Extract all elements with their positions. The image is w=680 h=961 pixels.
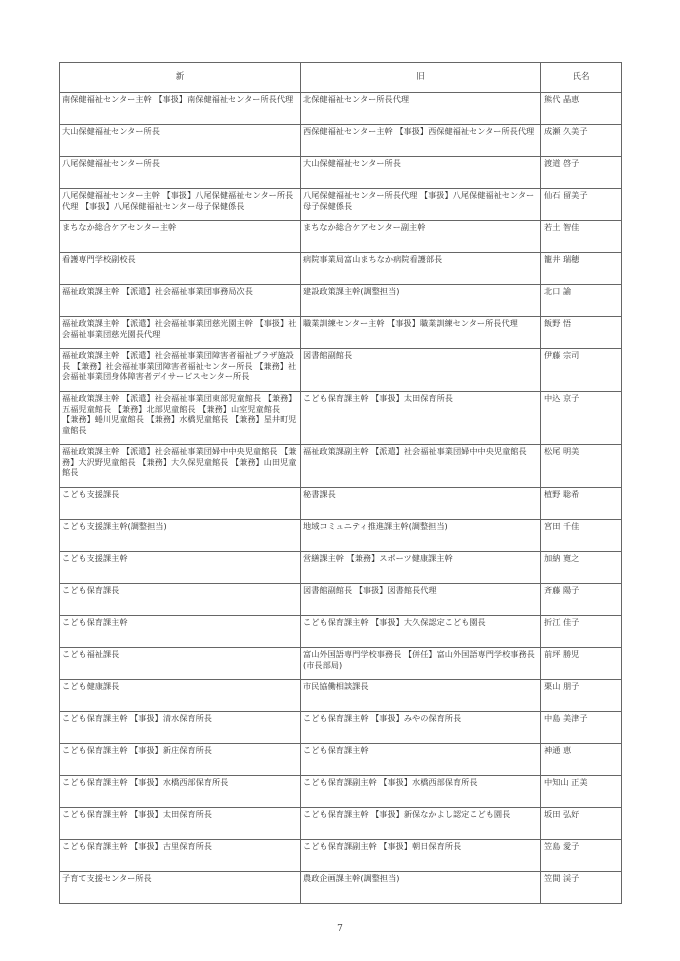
new-position-cell: こども支援課主幹(調整担当): [60, 520, 301, 552]
table-row: こども福祉課長富山外国語専門学校事務長 【併任】富山外国語専門学校事務長(市長部…: [60, 648, 622, 680]
new-position-cell: 福祉政策課主幹 【派遣】社会福祉事業団事務局次長: [60, 285, 301, 317]
old-position-cell: 八尾保健福祉センター所長代理 【事扱】八尾保健福祉センター母子保健係長: [301, 189, 541, 221]
personnel-table: 新 旧 氏名 南保健福祉センター主幹 【事扱】南保健福祉センター所長代理北保健福…: [59, 62, 622, 904]
name-cell: 笠間 渓子: [541, 872, 622, 904]
name-cell: 北口 諭: [541, 285, 622, 317]
old-position-cell: こども保育課主幹 【事扱】太田保育所長: [301, 392, 541, 445]
old-position-cell: 営繕課主幹 【兼務】スポーツ健康課主幹: [301, 552, 541, 584]
name-cell: 笠島 愛子: [541, 840, 622, 872]
table-row: こども保育課主幹 【事扱】新庄保育所長こども保育課主幹神通 恵: [60, 744, 622, 776]
table-row: 福祉政策課主幹 【派遣】社会福祉事業団東部児童館長 【兼務】五福児童館長 【兼務…: [60, 392, 622, 445]
table-row: こども保育課主幹 【事扱】水橋西部保育所長こども保育課副主幹 【事扱】水橋西部保…: [60, 776, 622, 808]
old-position-cell: 図書館副館長 【事扱】図書館長代理: [301, 584, 541, 616]
name-cell: 折江 佳子: [541, 616, 622, 648]
name-cell: 中島 美津子: [541, 712, 622, 744]
old-position-cell: 福祉政策課副主幹 【派遣】社会福祉事業団婦中中央児童館長: [301, 445, 541, 488]
old-position-cell: こども保育課主幹 【事扱】みやの保育所長: [301, 712, 541, 744]
old-position-cell: こども保育課主幹 【事扱】新保なかよし認定こども園長: [301, 808, 541, 840]
new-position-cell: 子育て支援センター所長: [60, 872, 301, 904]
table-row: こども保育課主幹 【事扱】古里保育所長こども保育課副主幹 【事扱】朝日保育所長笠…: [60, 840, 622, 872]
new-position-cell: まちなか総合ケアセンター主幹: [60, 221, 301, 253]
new-position-cell: 福祉政策課主幹 【派遣】社会福祉事業団障害者福祉プラザ施設長 【兼務】社会福祉事…: [60, 349, 301, 392]
name-cell: 若土 智佳: [541, 221, 622, 253]
name-cell: 伊藤 宗司: [541, 349, 622, 392]
old-position-cell: まちなか総合ケアセンター副主幹: [301, 221, 541, 253]
name-cell: 栗山 朋子: [541, 680, 622, 712]
new-position-cell: こども保育課主幹 【事扱】水橋西部保育所長: [60, 776, 301, 808]
old-position-cell: 大山保健福祉センター所長: [301, 157, 541, 189]
name-cell: 松尾 明美: [541, 445, 622, 488]
name-cell: 渡道 啓子: [541, 157, 622, 189]
name-cell: 坂田 弘好: [541, 808, 622, 840]
header-name: 氏名: [541, 63, 622, 93]
new-position-cell: 福祉政策課主幹 【派遣】社会福祉事業団東部児童館長 【兼務】五福児童館長 【兼務…: [60, 392, 301, 445]
table-row: 八尾保健福祉センター所長大山保健福祉センター所長渡道 啓子: [60, 157, 622, 189]
new-position-cell: こども保育課主幹 【事扱】清水保育所長: [60, 712, 301, 744]
new-position-cell: こども健康課長: [60, 680, 301, 712]
name-cell: 植野 聡希: [541, 488, 622, 520]
new-position-cell: 八尾保健福祉センター主幹 【事扱】八尾保健福祉センター所長代理 【事扱】八尾保健…: [60, 189, 301, 221]
page-number: 7: [0, 924, 680, 934]
table-row: こども支援課長秘書課長植野 聡希: [60, 488, 622, 520]
old-position-cell: 職業訓練センター主幹 【事扱】職業訓練センター所長代理: [301, 317, 541, 349]
name-cell: 仙石 留美子: [541, 189, 622, 221]
new-position-cell: 看護専門学校副校長: [60, 253, 301, 285]
old-position-cell: 富山外国語専門学校事務長 【併任】富山外国語専門学校事務長(市長部局): [301, 648, 541, 680]
name-cell: 前坪 勝児: [541, 648, 622, 680]
old-position-cell: こども保育課主幹 【事扱】大久保認定こども園長: [301, 616, 541, 648]
name-cell: 成瀬 久美子: [541, 125, 622, 157]
table-row: 八尾保健福祉センター主幹 【事扱】八尾保健福祉センター所長代理 【事扱】八尾保健…: [60, 189, 622, 221]
name-cell: 中込 京子: [541, 392, 622, 445]
table-row: 福祉政策課主幹 【派遣】社会福祉事業団婦中中央児童館長 【兼務】大沢野児童館長 …: [60, 445, 622, 488]
table-row: 大山保健福祉センター所長西保健福祉センター主幹 【事扱】西保健福祉センター所長代…: [60, 125, 622, 157]
new-position-cell: こども保育課長: [60, 584, 301, 616]
name-cell: 斉藤 陽子: [541, 584, 622, 616]
old-position-cell: 地域コミュニティ推進課主幹(調整担当): [301, 520, 541, 552]
table-row: 福祉政策課主幹 【派遣】社会福祉事業団慈光園主幹 【事扱】社会福祉事業団慈光園長…: [60, 317, 622, 349]
table-row: 看護専門学校副校長病院事業局富山まちなか病院看護部長籠井 瑞穂: [60, 253, 622, 285]
table-row: こども保育課長図書館副館長 【事扱】図書館長代理斉藤 陽子: [60, 584, 622, 616]
new-position-cell: こども保育課主幹: [60, 616, 301, 648]
old-position-cell: 建設政策課主幹(調整担当): [301, 285, 541, 317]
table-row: こども保育課主幹こども保育課主幹 【事扱】大久保認定こども園長折江 佳子: [60, 616, 622, 648]
new-position-cell: こども福祉課長: [60, 648, 301, 680]
name-cell: 中知山 正美: [541, 776, 622, 808]
name-cell: 飯野 悟: [541, 317, 622, 349]
new-position-cell: 南保健福祉センター主幹 【事扱】南保健福祉センター所長代理: [60, 93, 301, 125]
old-position-cell: 秘書課長: [301, 488, 541, 520]
old-position-cell: こども保育課主幹: [301, 744, 541, 776]
new-position-cell: 大山保健福祉センター所長: [60, 125, 301, 157]
old-position-cell: 北保健福祉センター所長代理: [301, 93, 541, 125]
new-position-cell: こども保育課主幹 【事扱】新庄保育所長: [60, 744, 301, 776]
old-position-cell: 図書館副館長: [301, 349, 541, 392]
new-position-cell: 福祉政策課主幹 【派遣】社会福祉事業団慈光園主幹 【事扱】社会福祉事業団慈光園長…: [60, 317, 301, 349]
new-position-cell: こども保育課主幹 【事扱】太田保育所長: [60, 808, 301, 840]
table-row: こども健康課長市民協働相談課長栗山 朋子: [60, 680, 622, 712]
name-cell: 加納 寛之: [541, 552, 622, 584]
table-row: まちなか総合ケアセンター主幹まちなか総合ケアセンター副主幹若土 智佳: [60, 221, 622, 253]
table-row: 子育て支援センター所長農政企画課主幹(調整担当)笠間 渓子: [60, 872, 622, 904]
name-cell: 神通 恵: [541, 744, 622, 776]
new-position-cell: こども保育課主幹 【事扱】古里保育所長: [60, 840, 301, 872]
table-row: 福祉政策課主幹 【派遣】社会福祉事業団障害者福祉プラザ施設長 【兼務】社会福祉事…: [60, 349, 622, 392]
table-row: こども支援課主幹営繕課主幹 【兼務】スポーツ健康課主幹加納 寛之: [60, 552, 622, 584]
new-position-cell: 八尾保健福祉センター所長: [60, 157, 301, 189]
table-row: こども保育課主幹 【事扱】清水保育所長こども保育課主幹 【事扱】みやの保育所長中…: [60, 712, 622, 744]
new-position-cell: 福祉政策課主幹 【派遣】社会福祉事業団婦中中央児童館長 【兼務】大沢野児童館長 …: [60, 445, 301, 488]
name-cell: 熊代 晶恵: [541, 93, 622, 125]
new-position-cell: こども支援課主幹: [60, 552, 301, 584]
name-cell: 宮田 千佳: [541, 520, 622, 552]
old-position-cell: こども保育課副主幹 【事扱】水橋西部保育所長: [301, 776, 541, 808]
old-position-cell: 西保健福祉センター主幹 【事扱】西保健福祉センター所長代理: [301, 125, 541, 157]
table-row: こども支援課主幹(調整担当)地域コミュニティ推進課主幹(調整担当)宮田 千佳: [60, 520, 622, 552]
new-position-cell: こども支援課長: [60, 488, 301, 520]
old-position-cell: 病院事業局富山まちなか病院看護部長: [301, 253, 541, 285]
header-row: 新 旧 氏名: [60, 63, 622, 93]
header-new-position: 新: [60, 63, 301, 93]
header-old-position: 旧: [301, 63, 541, 93]
old-position-cell: こども保育課副主幹 【事扱】朝日保育所長: [301, 840, 541, 872]
table-row: こども保育課主幹 【事扱】太田保育所長こども保育課主幹 【事扱】新保なかよし認定…: [60, 808, 622, 840]
table-row: 福祉政策課主幹 【派遣】社会福祉事業団事務局次長建設政策課主幹(調整担当)北口 …: [60, 285, 622, 317]
table-row: 南保健福祉センター主幹 【事扱】南保健福祉センター所長代理北保健福祉センター所長…: [60, 93, 622, 125]
old-position-cell: 市民協働相談課長: [301, 680, 541, 712]
old-position-cell: 農政企画課主幹(調整担当): [301, 872, 541, 904]
name-cell: 籠井 瑞穂: [541, 253, 622, 285]
